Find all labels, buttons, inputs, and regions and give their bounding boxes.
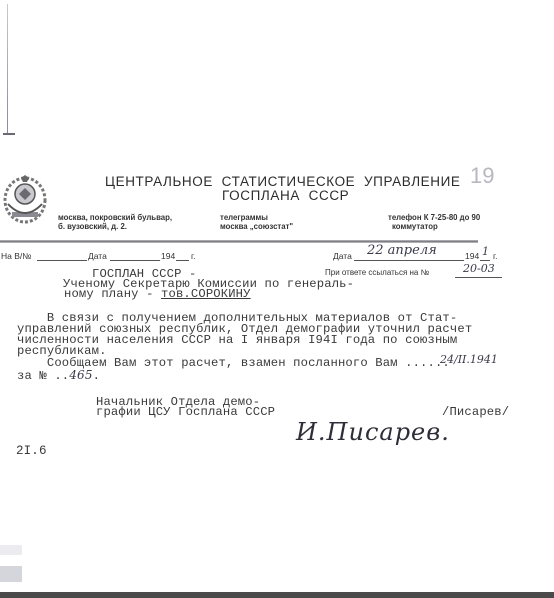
- incoming-date-blank: [110, 260, 160, 261]
- date-blank: [354, 260, 464, 261]
- incoming-ref-label: На В/№: [1, 251, 31, 261]
- phone-line2: коммутатор: [392, 222, 438, 231]
- address-line1: москва, покровский бульвар,: [58, 213, 172, 222]
- folio-number: 19: [470, 163, 494, 189]
- year-blank: [480, 260, 490, 261]
- handwritten-ref-number: 465: [69, 368, 92, 382]
- scan-edge: [7, 4, 8, 134]
- signatory-title-line2: графии ЦСУ Госплана СССР: [96, 407, 275, 418]
- incoming-year-blank: [176, 260, 189, 261]
- addressee-name: тов.СОРОКИНУ: [161, 287, 251, 301]
- reply-ref-value: 20-03: [463, 262, 495, 275]
- phone-line1: телефон К 7-25-80 до 90: [388, 213, 480, 222]
- ussr-coat-of-arms-icon: [2, 174, 48, 226]
- scan-artifact-top: [0, 545, 22, 555]
- year-label: 194: [465, 251, 479, 261]
- addressee-line3-prefix: ному плану -: [64, 287, 161, 301]
- reply-ref-label: При ответе ссылаться на №: [325, 268, 429, 277]
- incoming-ref-blank: [37, 260, 87, 261]
- footer-code: 2I.6: [16, 446, 47, 457]
- scan-edge-mark: [3, 133, 15, 135]
- date-value: 22 апреля: [367, 243, 437, 258]
- signatory-name: /Писарев/: [442, 407, 509, 418]
- telegram-line2: москва „союзстат": [220, 222, 293, 231]
- date-label: Дата: [333, 251, 352, 261]
- year-value: 1: [482, 245, 489, 258]
- addressee-line3: ному плану - тов.СОРОКИНУ: [64, 289, 251, 300]
- incoming-year-label: 194: [161, 251, 175, 261]
- telegram-line1: телеграммы: [220, 213, 268, 222]
- letterhead-title-line1: ЦЕНТРАЛЬНОЕ СТАТИСТИЧЕСКОЕ УПРАВЛЕНИЕ: [105, 174, 461, 189]
- handwritten-signature: И.Писарев.: [296, 418, 450, 446]
- reply-ref-blank: [455, 277, 502, 278]
- scan-artifact-bottom: [0, 566, 22, 582]
- address-line2: б. вузовский, д. 2.: [58, 222, 127, 231]
- letterhead-title-line2: ГОСПЛАНА СССР: [222, 188, 349, 203]
- ref-prefix: за № ..: [17, 369, 69, 383]
- incoming-date-label: Дата: [88, 251, 107, 261]
- bottom-bar: [0, 592, 554, 598]
- incoming-year-suffix: г.: [191, 251, 195, 261]
- ref-suffix: .: [93, 369, 100, 383]
- year-suffix: г.: [493, 251, 497, 261]
- handwritten-date: 24/II.1941: [440, 353, 498, 366]
- body-para2-line2: за № ..465.: [17, 370, 100, 382]
